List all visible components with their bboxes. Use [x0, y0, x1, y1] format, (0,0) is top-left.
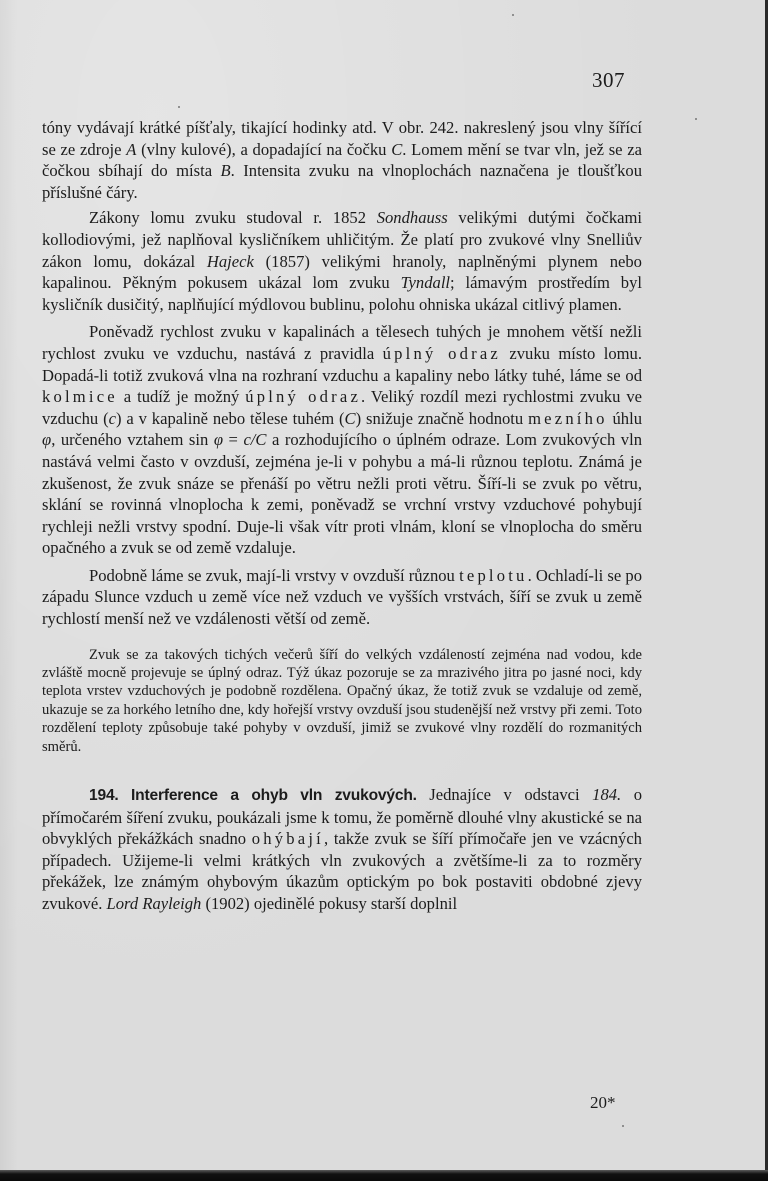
italic-run: Sondhauss — [377, 208, 448, 227]
section-heading: 194. Interference a ohyb vln zvukových. — [89, 787, 417, 804]
spaced-emphasis: mezního — [528, 409, 608, 428]
scan-speck — [512, 14, 514, 16]
body-text: tóny vydávají krátké píšťaly, tikající h… — [42, 117, 642, 915]
section-194-interference: 194. Interference a ohyb vln zvukových. … — [42, 784, 642, 915]
spaced-emphasis: ohýbají — [252, 829, 324, 848]
italic-run: A — [126, 140, 136, 159]
paragraph-refraction-laws: Zákony lomu zvuku studoval r. 1852 Sondh… — [42, 207, 642, 315]
italic-run: c — [109, 409, 116, 428]
italic-run: C — [345, 409, 356, 428]
italic-run: B — [221, 161, 231, 180]
italic-run: Lord Rayleigh — [107, 894, 202, 913]
italic-run: Hajeck — [207, 252, 254, 271]
paragraph-wave-figure: tóny vydávají krátké píšťaly, tikající h… — [42, 117, 642, 203]
italic-run: φ — [42, 430, 51, 449]
spaced-emphasis: kolmice — [42, 387, 118, 406]
italic-run: Tyndall — [401, 273, 450, 292]
scan-edge-bottom — [0, 1170, 768, 1181]
paragraph-total-reflection: Poněvadž rychlost zvuku v kapalinách a t… — [42, 321, 642, 559]
spaced-emphasis: úplný odraz — [383, 344, 501, 363]
italic-run: 184. — [592, 785, 621, 804]
italic-run: c/C — [243, 430, 266, 449]
spaced-emphasis: teplotu — [459, 566, 528, 585]
scan-speck — [695, 118, 697, 120]
signature-mark: 20* — [590, 1093, 616, 1113]
book-page: 307 tóny vydávají krátké píšťaly, tikají… — [0, 0, 765, 1170]
italic-run: φ — [214, 430, 223, 449]
paragraph-small-print-note: Zvuk se za takových tichých večerů šíří … — [42, 646, 642, 756]
italic-run: C — [391, 140, 402, 159]
page-number: 307 — [592, 68, 625, 93]
scan-speck — [178, 106, 180, 108]
paragraph-temperature-layers: Podobně láme se zvuk, mají-li vrstvy v o… — [42, 565, 642, 630]
scan-speck — [622, 1125, 624, 1127]
spaced-emphasis: úplný odraz — [245, 387, 361, 406]
